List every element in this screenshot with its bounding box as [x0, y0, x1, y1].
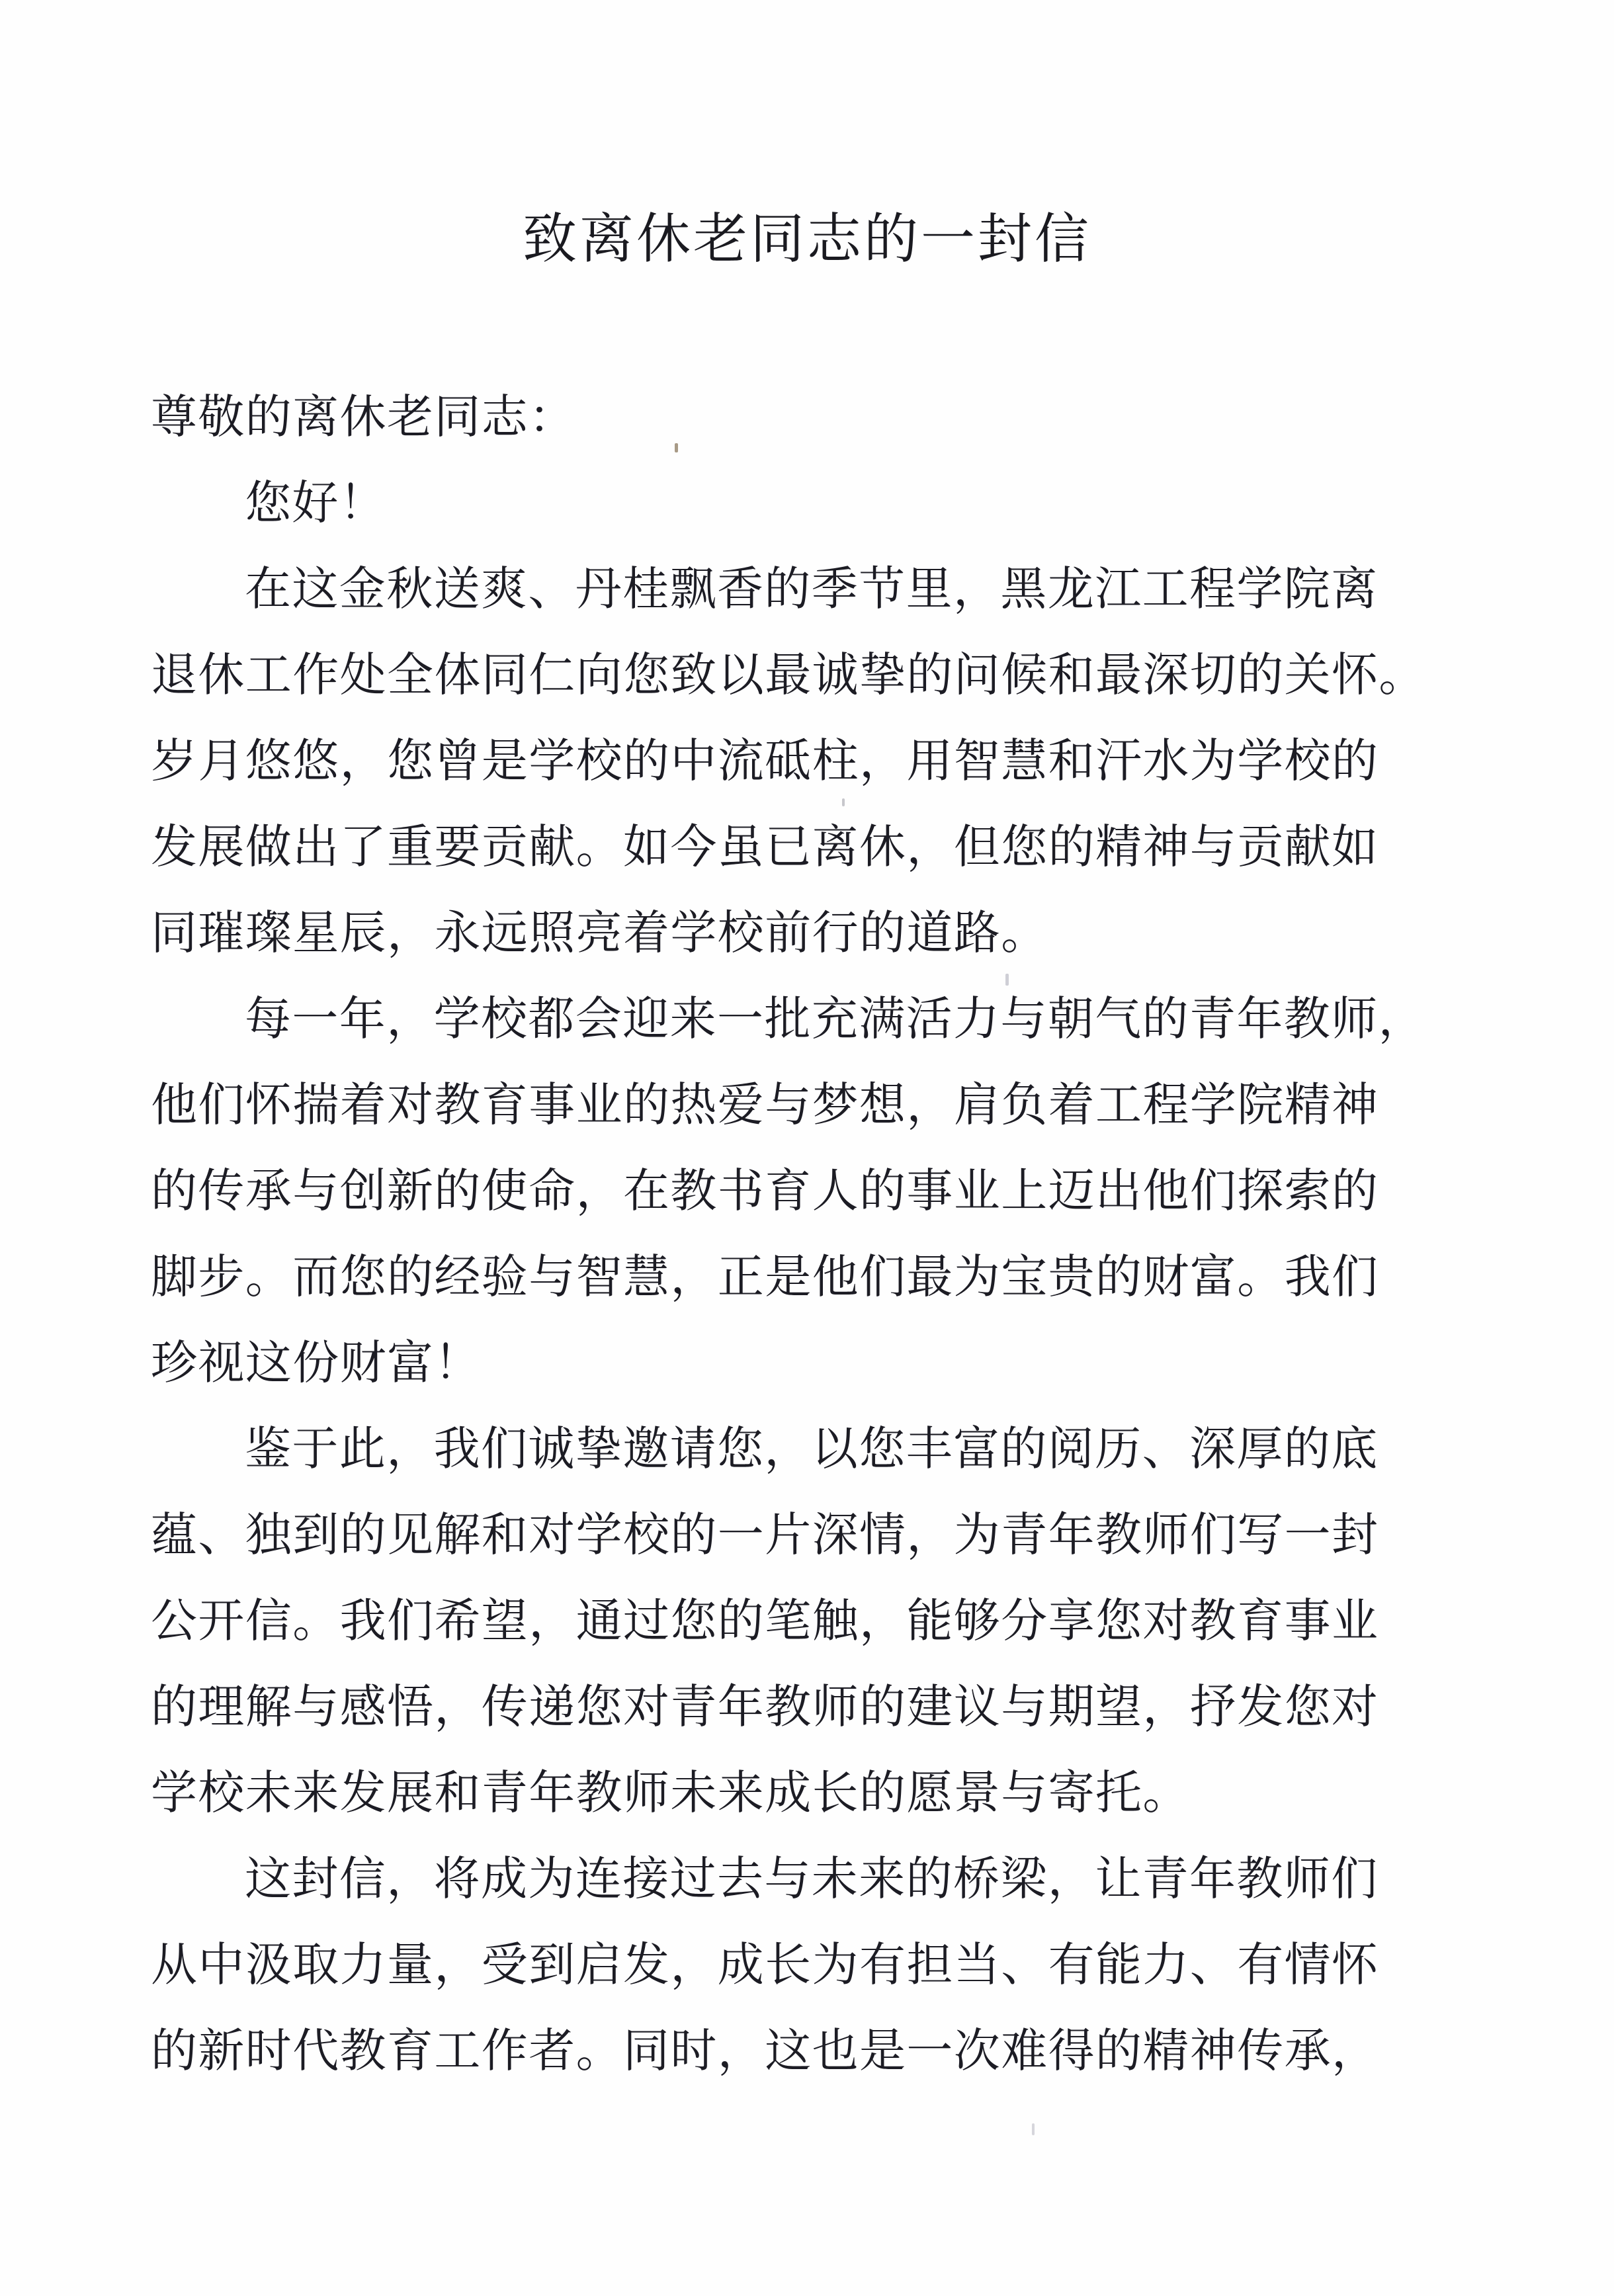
- paragraph-1-line-2: 退休工作处全体同仁向您致以最诚挚的问候和最深切的关怀。: [151, 645, 1426, 704]
- paragraph-3-line-2: 蕴、独到的见解和对学校的一片深情，为青年教师们写一封: [151, 1505, 1379, 1564]
- paragraph-1-line-1: 在这金秋送爽、丹桂飘香的季节里，黑龙江工程学院离: [245, 559, 1379, 618]
- paragraph-2-line-4: 脚步。而您的经验与智慧，正是他们最为宝贵的财富。我们: [151, 1247, 1379, 1306]
- paragraph-1-line-4: 发展做出了重要贡献。如今虽已离休，但您的精神与贡献如: [151, 817, 1379, 876]
- scan-speck: [842, 798, 845, 806]
- greeting: 您好！: [245, 473, 386, 532]
- paragraph-2-line-1: 每一年，学校都会迎来一批充满活力与朝气的青年教师，: [245, 989, 1425, 1048]
- paragraph-4-line-1: 这封信，将成为连接过去与未来的桥梁，让青年教师们: [245, 1849, 1379, 1908]
- paragraph-3-line-1: 鉴于此，我们诚挚邀请您，以您丰富的阅历、深厚的底: [245, 1419, 1379, 1478]
- paragraph-3-line-5: 学校未来发展和青年教师未来成长的愿景与寄托。: [151, 1763, 1190, 1822]
- paragraph-1-line-3: 岁月悠悠，您曾是学校的中流砥柱，用智慧和汗水为学校的: [151, 731, 1379, 790]
- paragraph-2-line-5: 珍视这份财富！: [151, 1333, 482, 1392]
- scan-speck: [1005, 974, 1009, 986]
- paragraph-2-line-3: 的传承与创新的使命，在教书育人的事业上迈出他们探索的: [151, 1161, 1379, 1220]
- paragraph-3-line-3: 公开信。我们希望，通过您的笔触，能够分享您对教育事业: [151, 1591, 1379, 1650]
- scanned-letter-page: 致离休老同志的一封信 尊敬的离休老同志： 您好！ 在这金秋送爽、丹桂飘香的季节里…: [0, 0, 1614, 2296]
- paragraph-3-line-4: 的理解与感悟，传递您对青年教师的建议与期望，抒发您对: [151, 1677, 1379, 1736]
- letter-title: 致离休老同志的一封信: [0, 206, 1614, 273]
- scan-speck: [675, 443, 678, 452]
- paragraph-4-line-2: 从中汲取力量，受到启发，成长为有担当、有能力、有情怀: [151, 1935, 1379, 1994]
- paragraph-2-line-2: 他们怀揣着对教育事业的热爱与梦想，肩负着工程学院精神: [151, 1075, 1379, 1134]
- scan-speck: [1032, 2123, 1035, 2135]
- salutation: 尊敬的离休老同志：: [151, 387, 576, 446]
- paragraph-1-line-5: 同璀璨星辰，永远照亮着学校前行的道路。: [151, 903, 1048, 962]
- paragraph-4-line-3: 的新时代教育工作者。同时，这也是一次难得的精神传承，: [151, 2021, 1379, 2080]
